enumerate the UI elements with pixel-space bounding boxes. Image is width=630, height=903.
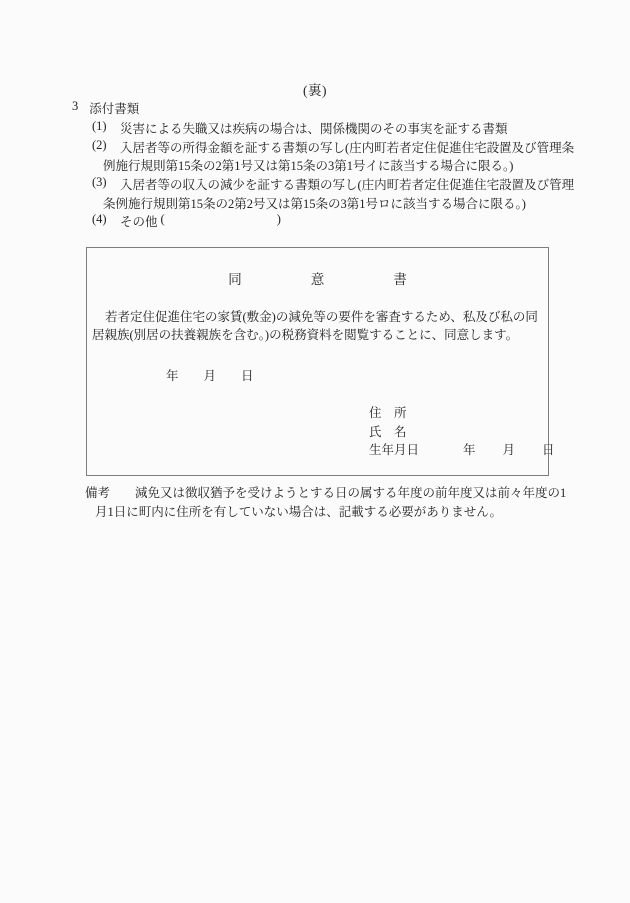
attachment-item-3-continued: 条例施行規則第15条の2第2号又は第15条の3第1号ロに該当する場合に限る。): [103, 194, 526, 212]
page-side-label: (裏): [0, 79, 630, 99]
attachment-item-4: (4) その他 ( ): [92, 212, 281, 230]
item-3-text-line-1: 入居者等の収入の減少を証する書類の写し(庄内町若者定住促進住宅設置及び管理: [120, 175, 574, 193]
document-page-back: (裏) 3 添付書類 (1) 災害による失職又は疾病の場合は、関係機関のその事実…: [0, 0, 630, 903]
item-4-label: その他: [120, 212, 158, 230]
consent-signature-block: 住 所 氏 名 生年月日 年 月 日: [369, 404, 555, 460]
item-4-marker: (4): [92, 212, 120, 230]
consent-form-box: 同 意 書 若者定住促進住宅の家賃(敷金)の減免等の要件を審査するため、私及び私…: [86, 247, 549, 476]
birth-month-label: 月: [503, 441, 516, 460]
consent-date-line: 年 月 日: [166, 366, 254, 384]
item-2-marker: (2): [92, 138, 120, 156]
item-2-text-line-1: 入居者等の所得金額を証する書類の写し(庄内町若者定住促進住宅設置及び管理条: [120, 138, 574, 156]
section-number: 3: [72, 99, 78, 117]
item-1-text: 災害による失職又は疾病の場合は、関係機関のその事実を証する書類: [120, 119, 508, 137]
birth-year-label: 年: [463, 441, 476, 460]
remarks-line-2: 月1日に町内に住所を有していない場合は、記載する必要がありません。: [95, 502, 502, 520]
attachment-item-2: (2) 入居者等の所得金額を証する書類の写し(庄内町若者定住促進住宅設置及び管理…: [92, 138, 574, 156]
attachment-item-2-continued: 例施行規則第15条の2第1号又は第15条の3第1号イに該当する場合に限る。): [103, 156, 513, 174]
item-4-blank-close-paren: ): [277, 212, 281, 230]
consent-form-title: 同 意 書: [87, 268, 548, 288]
consent-title-char-1: 同: [228, 268, 242, 288]
date-month-label: 月: [204, 366, 217, 384]
consent-title-char-2: 意: [311, 268, 325, 288]
consent-body-paragraph: 若者定住促進住宅の家賃(敷金)の減免等の要件を審査するため、私及び私の同 居親族…: [92, 309, 545, 344]
item-1-marker: (1): [92, 119, 120, 137]
birthdate-label: 生年月日: [369, 441, 419, 460]
item-3-text-line-2: 条例施行規則第15条の2第2号又は第15条の3第1号ロに該当する場合に限る。): [103, 194, 526, 212]
consent-body-line-2: 居親族(別居の扶養親族を含む。)の税務資料を閲覧することに、同意します。: [92, 327, 545, 345]
date-day-label: 日: [241, 366, 254, 384]
name-label: 氏 名: [369, 423, 555, 442]
section-heading: 3 添付書類: [72, 99, 139, 117]
remarks-label: 備考: [85, 483, 110, 501]
date-year-label: 年: [166, 366, 179, 384]
address-label: 住 所: [369, 404, 555, 423]
consent-title-char-3: 書: [393, 268, 407, 288]
remarks-line-1: 備考 減免又は徴収猶予を受けようとする日の属する年度の前年度又は前々年度の1: [85, 483, 566, 501]
attachment-item-3: (3) 入居者等の収入の減少を証する書類の写し(庄内町若者定住促進住宅設置及び管…: [92, 175, 574, 193]
attachment-item-1: (1) 災害による失職又は疾病の場合は、関係機関のその事実を証する書類: [92, 119, 508, 137]
remarks-text-line-1: 減免又は徴収猶予を受けようとする日の属する年度の前年度又は前々年度の1: [135, 483, 566, 501]
item-2-text-line-2: 例施行規則第15条の2第1号又は第15条の3第1号イに該当する場合に限る。): [103, 156, 513, 174]
remarks-text-line-2: 月1日に町内に住所を有していない場合は、記載する必要がありません。: [95, 505, 502, 519]
item-4-blank-field: [165, 212, 277, 230]
consent-body-line-1: 若者定住促進住宅の家賃(敷金)の減免等の要件を審査するため、私及び私の同: [92, 309, 545, 327]
birth-day-label: 日: [542, 441, 555, 460]
section-title: 添付書類: [89, 99, 139, 117]
birthdate-line: 生年月日 年 月 日: [369, 441, 555, 460]
item-3-marker: (3): [92, 175, 120, 193]
